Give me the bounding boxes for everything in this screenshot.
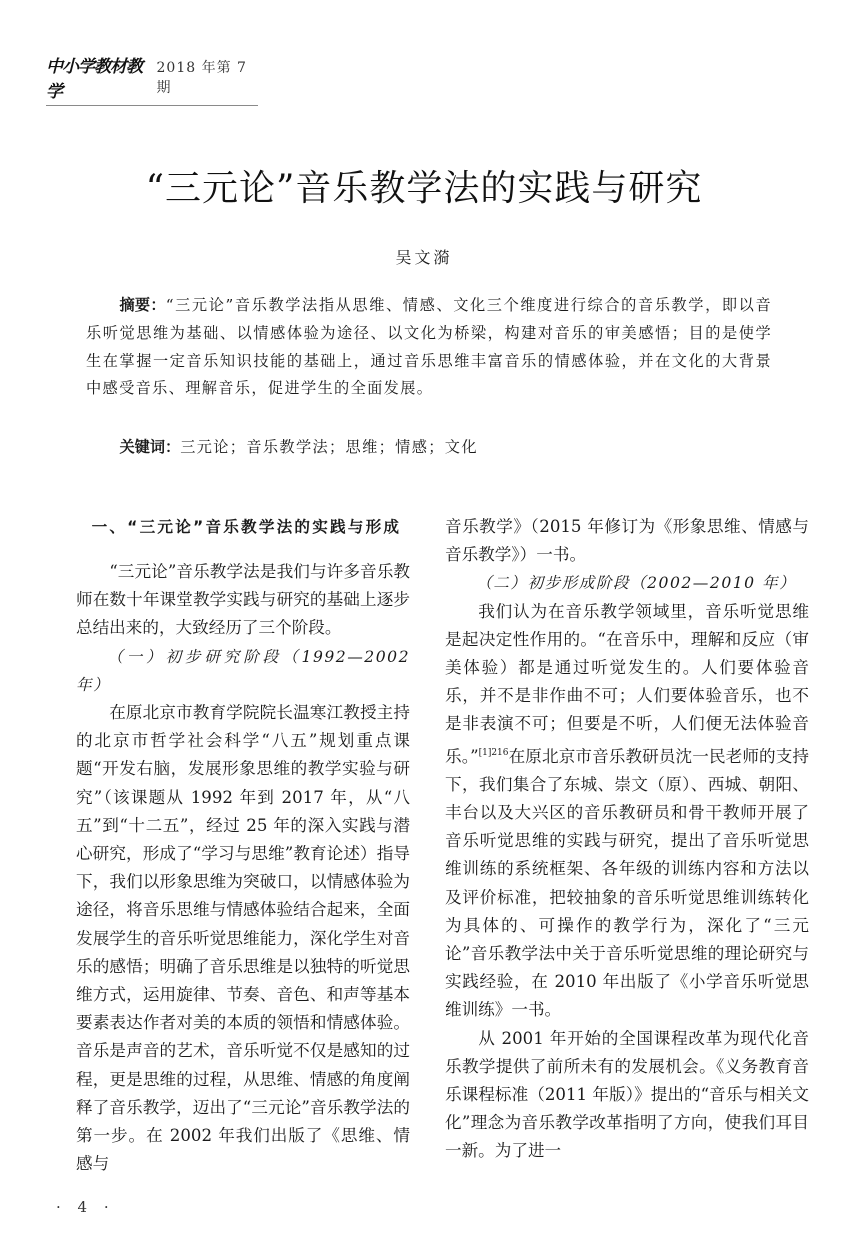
abstract-label: 摘要： [119,296,165,314]
left-column: 一、“三元论”音乐教学法的实践与形成 “三元论”音乐教学法是我们与许多音乐教师在… [76,513,410,1178]
abstract: 摘要：“三元论”音乐教学法指从思维、情感、文化三个维度进行综合的音乐教学，即以音… [86,292,772,403]
section-heading: 一、“三元论”音乐教学法的实践与形成 [76,513,410,541]
keywords: 关键词：三元论；音乐教学法；思维；情感；文化 [86,434,772,462]
stage-2-paragraph: 我们认为在音乐教学领域里，音乐听觉思维是起决定性作用的。“在音乐中，理解和反应（… [445,598,809,1025]
article-title: “三元论”音乐教学法的实践与研究 [0,160,848,211]
keywords-label: 关键词： [119,438,180,456]
stage-1-paragraph: 在原北京市教育学院院长温寒江教授主持的北京市哲学社会科学“八五”规划重点课题“开… [76,699,410,1178]
running-head: 中小学教材教学 2018 年第 7 期 [46,52,258,106]
subheading-stage-1: （一）初步研究阶段（1992—2002 年） [76,643,410,699]
right-column: 音乐教学》（2015 年修订为《形象思维、情感与音乐教学》）一书。 （二）初步形… [445,513,809,1166]
quote-text: 我们认为在音乐教学领域里，音乐听觉思维是起决定性作用的。“在音乐中，理解和反应（… [445,602,809,766]
citation-ref: [1]216 [479,748,509,758]
abstract-paragraph: 摘要：“三元论”音乐教学法指从思维、情感、文化三个维度进行综合的音乐教学，即以音… [86,292,772,403]
issue-number: 2018 年第 7 期 [157,57,259,97]
abstract-text: “三元论”音乐教学法指从思维、情感、文化三个维度进行综合的音乐教学，即以音乐听觉… [86,296,772,397]
subheading-stage-2: （二）初步形成阶段（2002—2010 年） [445,569,809,597]
page-number: · 4 · [56,1198,115,1216]
continued-paragraph: 音乐教学》（2015 年修订为《形象思维、情感与音乐教学》）一书。 [445,513,809,569]
journal-name: 中小学教材教学 [46,52,149,102]
author-name: 吴文漪 [0,245,848,268]
stage-2-text: 在原北京市音乐教研员沈一民老师的支持下，我们集合了东城、崇文（原）、西城、朝阳、… [445,747,809,1020]
curriculum-paragraph: 从 2001 年开始的全国课程改革为现代化音乐教学提供了前所未有的发展机会。《义… [445,1025,809,1166]
keywords-text: 三元论；音乐教学法；思维；情感；文化 [180,438,478,456]
intro-paragraph: “三元论”音乐教学法是我们与许多音乐教师在数十年课堂教学实践与研究的基础上逐步总… [76,558,410,643]
